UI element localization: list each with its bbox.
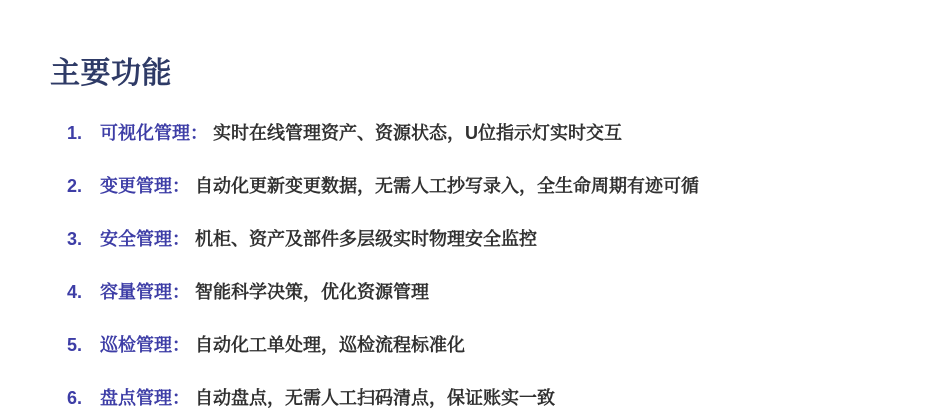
item-label: 可视化管理：: [100, 124, 208, 142]
item-description: 自动化工单处理，巡检流程标准化: [195, 336, 465, 354]
item-label: 盘点管理：: [100, 389, 190, 407]
item-label: 巡检管理：: [100, 336, 190, 354]
item-description: 智能科学决策，优化资源管理: [195, 283, 429, 301]
item-label: 容量管理：: [100, 283, 190, 301]
item-description: 机柜、资产及部件多层级实时物理安全监控: [195, 230, 537, 248]
item-number: 3.: [67, 230, 100, 248]
page-title: 主要功能: [50, 58, 172, 90]
item-description: 实时在线管理资产、资源状态，U位指示灯实时交互: [213, 124, 622, 142]
item-number: 5.: [67, 336, 100, 354]
item-number: 4.: [67, 283, 100, 301]
list-item-inspection-management: 5. 巡检管理： 自动化工单处理，巡检流程标准化: [67, 336, 699, 354]
item-number: 1.: [67, 124, 100, 142]
list-item-capacity-management: 4. 容量管理： 智能科学决策，优化资源管理: [67, 283, 699, 301]
list-item-security-management: 3. 安全管理： 机柜、资产及部件多层级实时物理安全监控: [67, 230, 699, 248]
item-number: 2.: [67, 177, 100, 195]
list-item-visual-management: 1. 可视化管理： 实时在线管理资产、资源状态，U位指示灯实时交互: [67, 124, 699, 142]
list-item-inventory-management: 6. 盘点管理： 自动盘点，无需人工扫码清点，保证账实一致: [67, 389, 699, 407]
item-label: 变更管理：: [100, 177, 190, 195]
slide: 主要功能 1. 可视化管理： 实时在线管理资产、资源状态，U位指示灯实时交互 2…: [0, 0, 951, 420]
item-description: 自动化更新变更数据，无需人工抄写录入，全生命周期有迹可循: [195, 177, 699, 195]
list-item-change-management: 2. 变更管理： 自动化更新变更数据，无需人工抄写录入，全生命周期有迹可循: [67, 177, 699, 195]
item-description: 自动盘点，无需人工扫码清点，保证账实一致: [195, 389, 555, 407]
feature-list: 1. 可视化管理： 实时在线管理资产、资源状态，U位指示灯实时交互 2. 变更管…: [27, 124, 699, 407]
item-number: 6.: [67, 389, 100, 407]
item-label: 安全管理：: [100, 230, 190, 248]
